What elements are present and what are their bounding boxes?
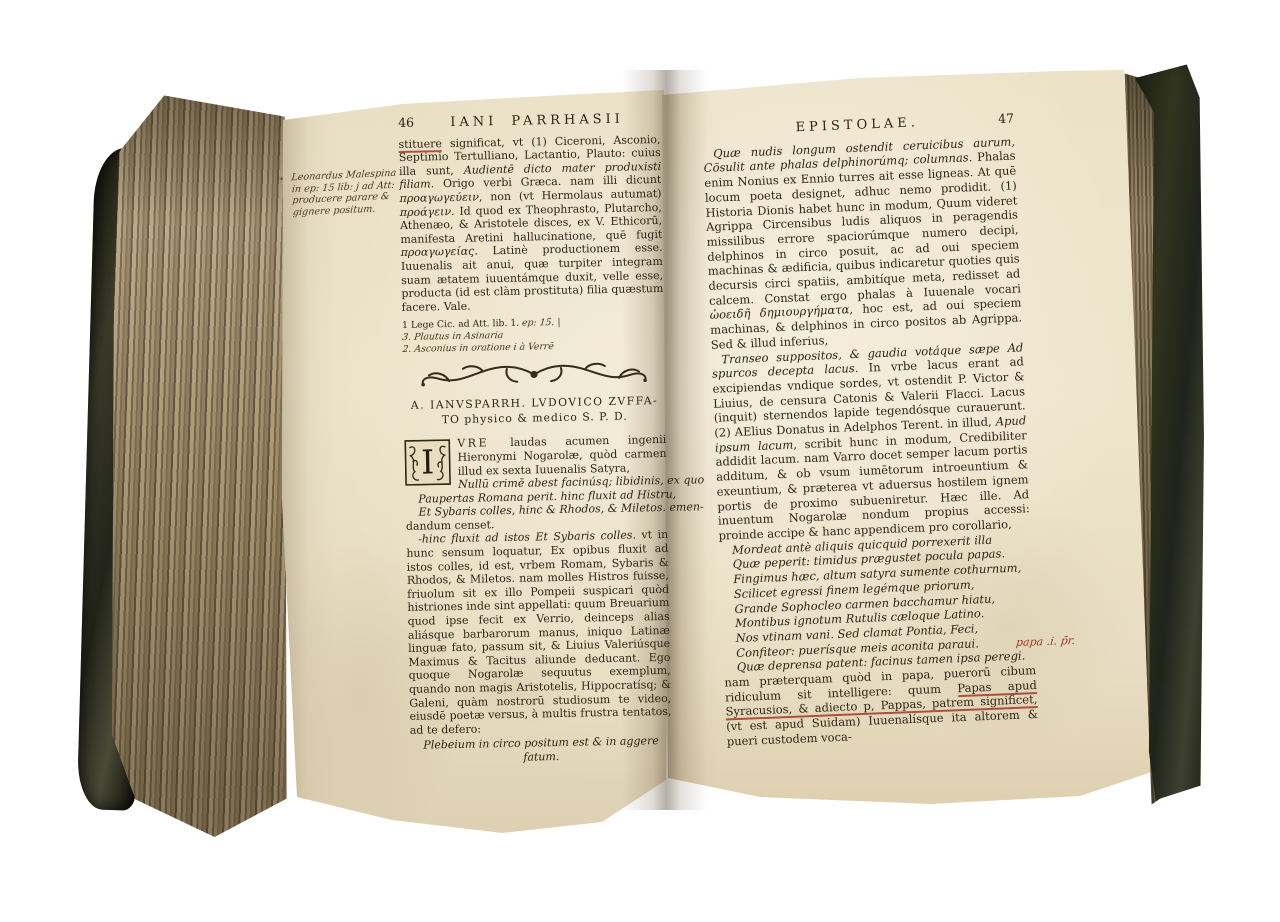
left-note-lines: Leonardus Malespinain ep: 15 lib: j ad A… [291,168,398,219]
letter-salutation: A. IANVSPARRH. LVDOVICO ZVFFA- TO physic… [403,393,666,428]
woodcut-ornament-divider [409,359,659,390]
text-segment: προαγωγείας [401,245,475,259]
book-photograph: 46 IANI PARRHASII stituere significat, v… [0,0,1280,922]
right-verse-quote: Mordeat antè aliquis quicquid porrexerit… [719,531,1036,676]
left-paragraph-dropcap: I VRE laudas acumen ingenii Hieronymi No… [404,433,667,479]
left-fore-edge-pages [112,88,292,840]
text-segment: VRE [457,436,510,450]
left-margin-handwritten-note: * Leonardus Malespinain ep: 15 lib: j ad… [291,168,398,219]
left-final-verse: Plebeium in circo positum est & in agger… [410,734,672,766]
left-page-number: 46 [398,116,414,130]
handwritten-footnote-ep: ep: 15. [522,317,556,330]
right-paragraph-2: Transeo suppositos, & gaudia votáque sæp… [711,340,1030,544]
asterisk-mark: * [279,175,283,187]
left-footnotes: 1 Lege Cic. ad Att. lib. 1. ep: 15. | 3.… [402,315,665,356]
text-segment: vt in hunc sensum loquatur, Ex opibus fl… [406,528,671,736]
red-note-text: papa .i. p̄r. [1015,635,1075,649]
svg-text:I: I [421,443,435,482]
right-page-text-column: EPISTOLAE. 47 Quæ nudis longum ostendit … [702,111,1039,749]
handwritten-stroke: | [557,317,560,328]
left-page-text-column: 46 IANI PARRHASII stituere significat, v… [398,111,672,766]
right-page-number: 47 [998,111,1014,126]
text-segment: προαγωγεύειν [399,190,479,205]
right-paragraph-1: Quæ nudis longum ostendit ceruicibus aur… [703,134,1023,352]
handwritten-footnote-asconius: 2. Asconius in oratione i à Verrē [402,341,554,356]
right-margin-red-note: papa .i. p̄r. [1016,635,1076,649]
right-paragraph-3: nam præterquam quòd in papa, puerorū cib… [724,663,1039,749]
left-paragraph-1: stituere significat, vt (1) Ciceroni, As… [398,133,663,315]
woodcut-initial-I: I [404,439,451,486]
runhead-spacer [702,134,716,135]
left-paragraph-2: -hinc fluxit ad istos Et Sybaris colles.… [406,528,672,737]
text-segment: προάγειν [400,205,451,219]
left-running-title: IANI PARRHASII [414,112,660,130]
dropcap-paragraph-text: VRE laudas acumen ingenii Hieronymi Noga… [457,433,666,477]
